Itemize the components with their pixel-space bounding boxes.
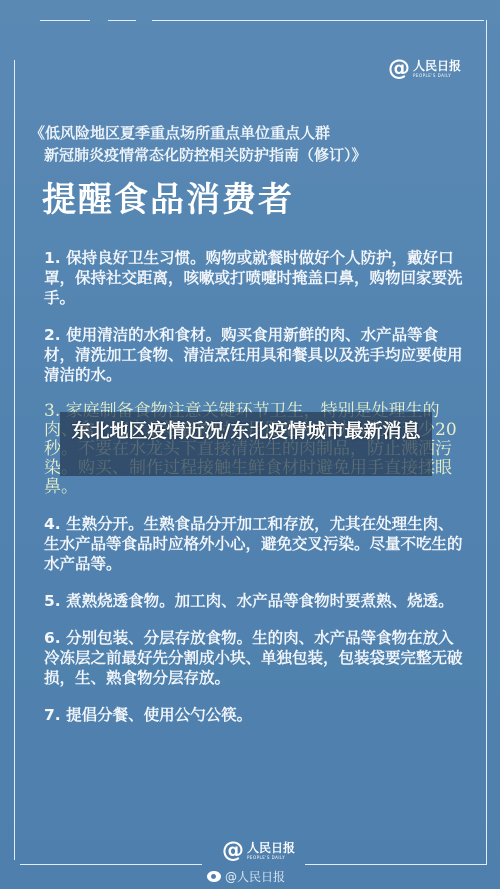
main-title: 提醒食品消费者 xyxy=(42,172,294,221)
tip-item: 1. 保持良好卫生习惯。购物或就餐时做好个人防护，戴好口罩，保持社交距离，咳嗽或… xyxy=(44,248,464,308)
brand-name: 人民日报 xyxy=(247,842,295,854)
tip-item: 2. 使用清洁的水和食材。购买食用新鲜的肉、水产品等食材，清洗加工食物、清洁烹饪… xyxy=(44,325,464,385)
brand-name: 人民日报 xyxy=(413,60,461,72)
frame-line xyxy=(152,20,484,21)
brand-english: PEOPLE'S DAILY xyxy=(413,74,461,78)
guide-title-line2: 新冠肺炎疫情常态化防控相关防护指南（修订）》 xyxy=(30,144,367,166)
tip-item: 7. 提倡分餐、使用公勺公筷。 xyxy=(44,705,464,725)
weibo-handle: @人民日报 xyxy=(225,868,285,885)
frame-line xyxy=(486,20,487,865)
frame-line xyxy=(20,864,202,865)
peoples-daily-logo-bottom: @ 人民日报 PEOPLE'S DAILY xyxy=(222,840,295,862)
tips-list: 1. 保持良好卫生习惯。购物或就餐时做好个人防护，戴好口罩，保持社交距离，咳嗽或… xyxy=(44,248,464,742)
frame-line xyxy=(40,20,90,21)
frame-line xyxy=(14,60,15,860)
peoples-daily-logo: @ 人民日报 PEOPLE'S DAILY xyxy=(388,58,461,80)
brand-english: PEOPLE'S DAILY xyxy=(247,856,295,860)
at-signal-icon: @ xyxy=(388,58,410,80)
tip-item: 4. 生熟分开。生熟食品分开加工和存放，尤其在处理生肉、生水产品等食品时应格外小… xyxy=(44,514,464,574)
tip-item: 5. 煮熟烧透食物。加工肉、水产品等食物时要煮熟、烧透。 xyxy=(44,591,464,611)
weibo-watermark: @人民日报 xyxy=(207,868,285,885)
tip-item: 6. 分别包装、分层存放食物。生的肉、水产品等食物在放入冷冻层之前最好先分割成小… xyxy=(44,628,464,688)
guide-title: 《低风险地区夏季重点场所重点单位重点人群 新冠肺炎疫情常态化防控相关防护指南（修… xyxy=(30,122,367,166)
frame-line xyxy=(108,20,136,21)
weibo-icon xyxy=(207,871,221,882)
caption-text: 东北地区疫情近况/东北疫情城市最新消息 xyxy=(60,418,432,444)
at-signal-icon: @ xyxy=(222,840,244,862)
frame-line xyxy=(305,864,486,865)
guide-title-line1: 《低风险地区夏季重点场所重点单位重点人群 xyxy=(30,124,330,142)
